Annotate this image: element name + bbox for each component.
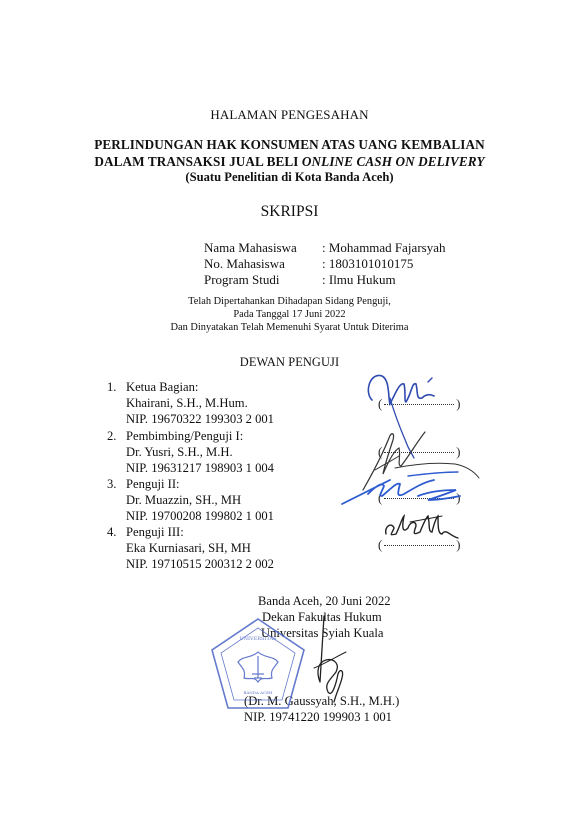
examiner-1-name: Khairani, S.H., M.Hum. [126,396,248,411]
defense-statement-line-1: Telah Dipertahankan Dihadapan Sidang Pen… [0,296,579,307]
document-type: SKRIPSI [0,203,579,221]
thesis-title-line-2: DALAM TRANSAKSI JUAL BELI ONLINE CASH ON… [0,154,579,170]
thesis-subtitle: (Suatu Penelitian di Kota Banda Aceh) [0,170,579,185]
examiner-4-number: 4. [107,525,116,540]
signature-dotted-line [384,404,454,405]
examiner-4-role: Penguji III: [126,525,184,540]
examiner-1-nip: NIP. 19670322 199303 2 001 [126,412,274,427]
examiner-1-number: 1. [107,380,116,395]
examiner-1-role: Ketua Bagian: [126,380,198,395]
examiner-2-name: Dr. Yusri, S.H., M.H. [126,445,233,460]
study-program-label: Program Studi [204,272,279,288]
examiner-3-name: Dr. Muazzin, SH., MH [126,493,241,508]
thesis-title-line-2-plain: DALAM TRANSAKSI JUAL BELI [94,154,302,169]
thesis-title-line-1: PERLINDUNGAN HAK KONSUMEN ATAS UANG KEMB… [0,137,579,153]
signature-dotted-line [384,452,454,453]
place-and-date: Banda Aceh, 20 Juni 2022 [258,594,391,609]
student-name-label: Nama Mahasiswa [204,240,297,256]
dean-nip: NIP. 19741220 199903 1 001 [244,710,392,725]
examiner-1-signature-line: () [378,397,460,412]
signature-dotted-line [384,498,454,499]
signature-examiner-2-icon [355,420,485,500]
university-name: Universitas Syiah Kuala [261,626,383,641]
defense-statement-line-2: Pada Tanggal 17 Juni 2022 [0,309,579,320]
dean-position: Dekan Fakultas Hukum [262,610,382,625]
approval-page: HALAMAN PENGESAHAN PERLINDUNGAN HAK KONS… [0,0,579,819]
examiner-3-role: Penguji II: [126,477,180,492]
examiner-4-nip: NIP. 19710515 200312 2 002 [126,557,274,572]
examiner-board-heading: DEWAN PENGUJI [0,355,579,370]
student-name-value: : Mohammad Fajarsyah [322,240,445,256]
examiner-4-signature-line: () [378,538,460,553]
study-program-value: : Ilmu Hukum [322,272,396,288]
examiner-3-number: 3. [107,477,116,492]
thesis-title-line-2-italic: ONLINE CASH ON DELIVERY [302,154,485,169]
examiner-3-signature-line: () [378,491,460,506]
examiner-2-role: Pembimbing/Penguji I: [126,429,243,444]
defense-statement-line-3: Dan Dinyatakan Telah Memenuhi Syarat Unt… [0,322,579,333]
signature-dotted-line [384,545,454,546]
student-id-value: : 1803101010175 [322,256,413,272]
examiner-2-number: 2. [107,429,116,444]
examiner-2-nip: NIP. 19631217 198903 1 004 [126,461,274,476]
student-id-label: No. Mahasiswa [204,256,285,272]
dean-name: (Dr. M. Gaussyah, S.H., M.H.) [244,694,399,709]
page-heading: HALAMAN PENGESAHAN [0,107,579,123]
examiner-2-signature-line: () [378,445,460,460]
examiner-4-name: Eka Kurniasari, SH, MH [126,541,251,556]
examiner-3-nip: NIP. 19700208 199802 1 001 [126,509,274,524]
